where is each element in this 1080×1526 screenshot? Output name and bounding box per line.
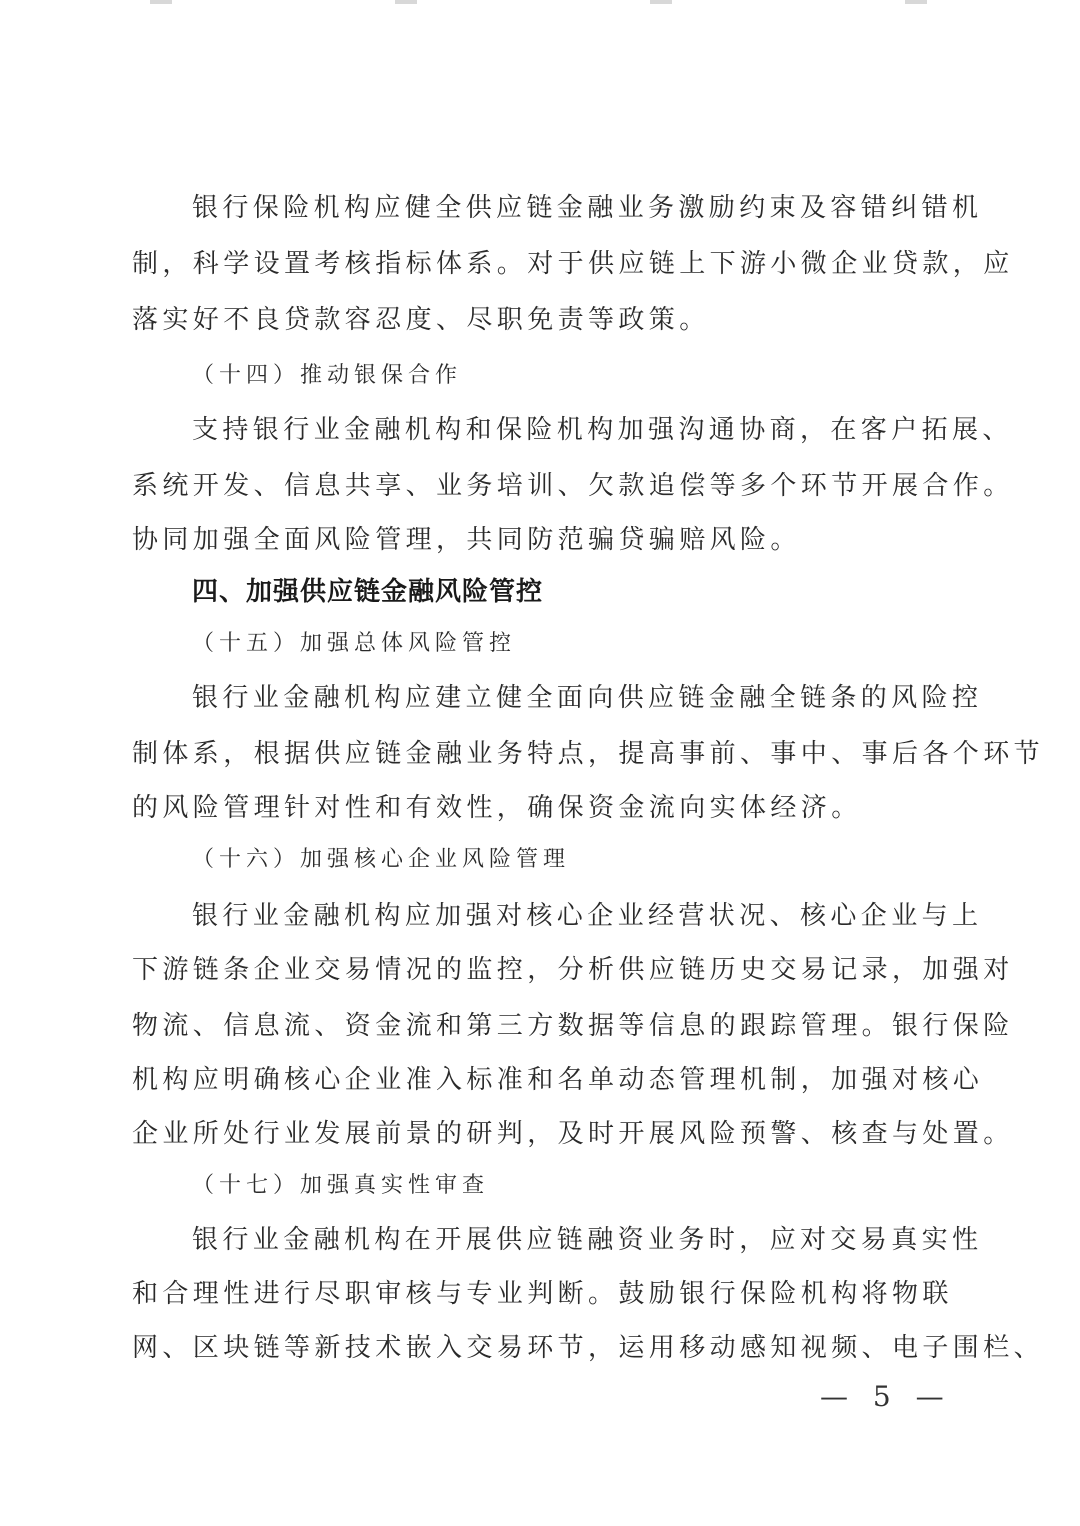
- section-heading-15: （十五）加强总体风险管控: [192, 626, 516, 662]
- body-line: 机构应明确核心企业准入标准和名单动态管理机制，加强对核心: [132, 1062, 983, 1098]
- body-line: 企业所处行业发展前景的研判，及时开展风险预警、核查与处置。: [132, 1116, 1014, 1152]
- body-line: 的风险管理针对性和有效性，确保资金流向实体经济。: [132, 790, 862, 826]
- body-line: 下游链条企业交易情况的监控，分析供应链历史交易记录，加强对: [132, 952, 1014, 988]
- body-line: 和合理性进行尽职审核与专业判断。鼓励银行保险机构将物联: [132, 1276, 953, 1312]
- body-line: 支持银行业金融机构和保险机构加强沟通协商，在客户拓展、: [192, 412, 1013, 448]
- chapter-heading-4: 四、加强供应链金融风险管控: [192, 574, 543, 610]
- section-heading-17: （十七）加强真实性审查: [192, 1168, 489, 1204]
- body-line: 协同加强全面风险管理，共同防范骗贷骗赔风险。: [132, 522, 801, 558]
- body-line: 制体系，根据供应链金融业务特点，提高事前、事中、事后各个环节: [132, 736, 1044, 772]
- body-line: 银行业金融机构在开展供应链融资业务时，应对交易真实性: [192, 1222, 982, 1258]
- body-line: 系统开发、信息共享、业务培训、欠款追偿等多个环节开展合作。: [132, 468, 1014, 504]
- body-line: 银行业金融机构应加强对核心企业经营状况、核心企业与上: [192, 898, 982, 934]
- body-line: 物流、信息流、资金流和第三方数据等信息的跟踪管理。银行保险: [132, 1008, 1014, 1044]
- section-heading-16: （十六）加强核心企业风险管理: [192, 842, 570, 878]
- previous-page-bleed-marks: [0, 0, 1080, 6]
- body-line: 银行业金融机构应建立健全面向供应链金融全链条的风险控: [192, 680, 982, 716]
- body-line: 网、区块链等新技术嵌入交易环节，运用移动感知视频、电子围栏、: [132, 1330, 1044, 1366]
- body-line: 银行保险机构应健全供应链金融业务激励约束及容错纠错机: [192, 190, 982, 226]
- page-number: — 5 —: [820, 1380, 952, 1413]
- body-line: 落实好不良贷款容忍度、尽职免责等政策。: [132, 302, 710, 338]
- section-heading-14: （十四）推动银保合作: [192, 358, 462, 394]
- body-line: 制，科学设置考核指标体系。对于供应链上下游小微企业贷款，应: [132, 246, 1014, 282]
